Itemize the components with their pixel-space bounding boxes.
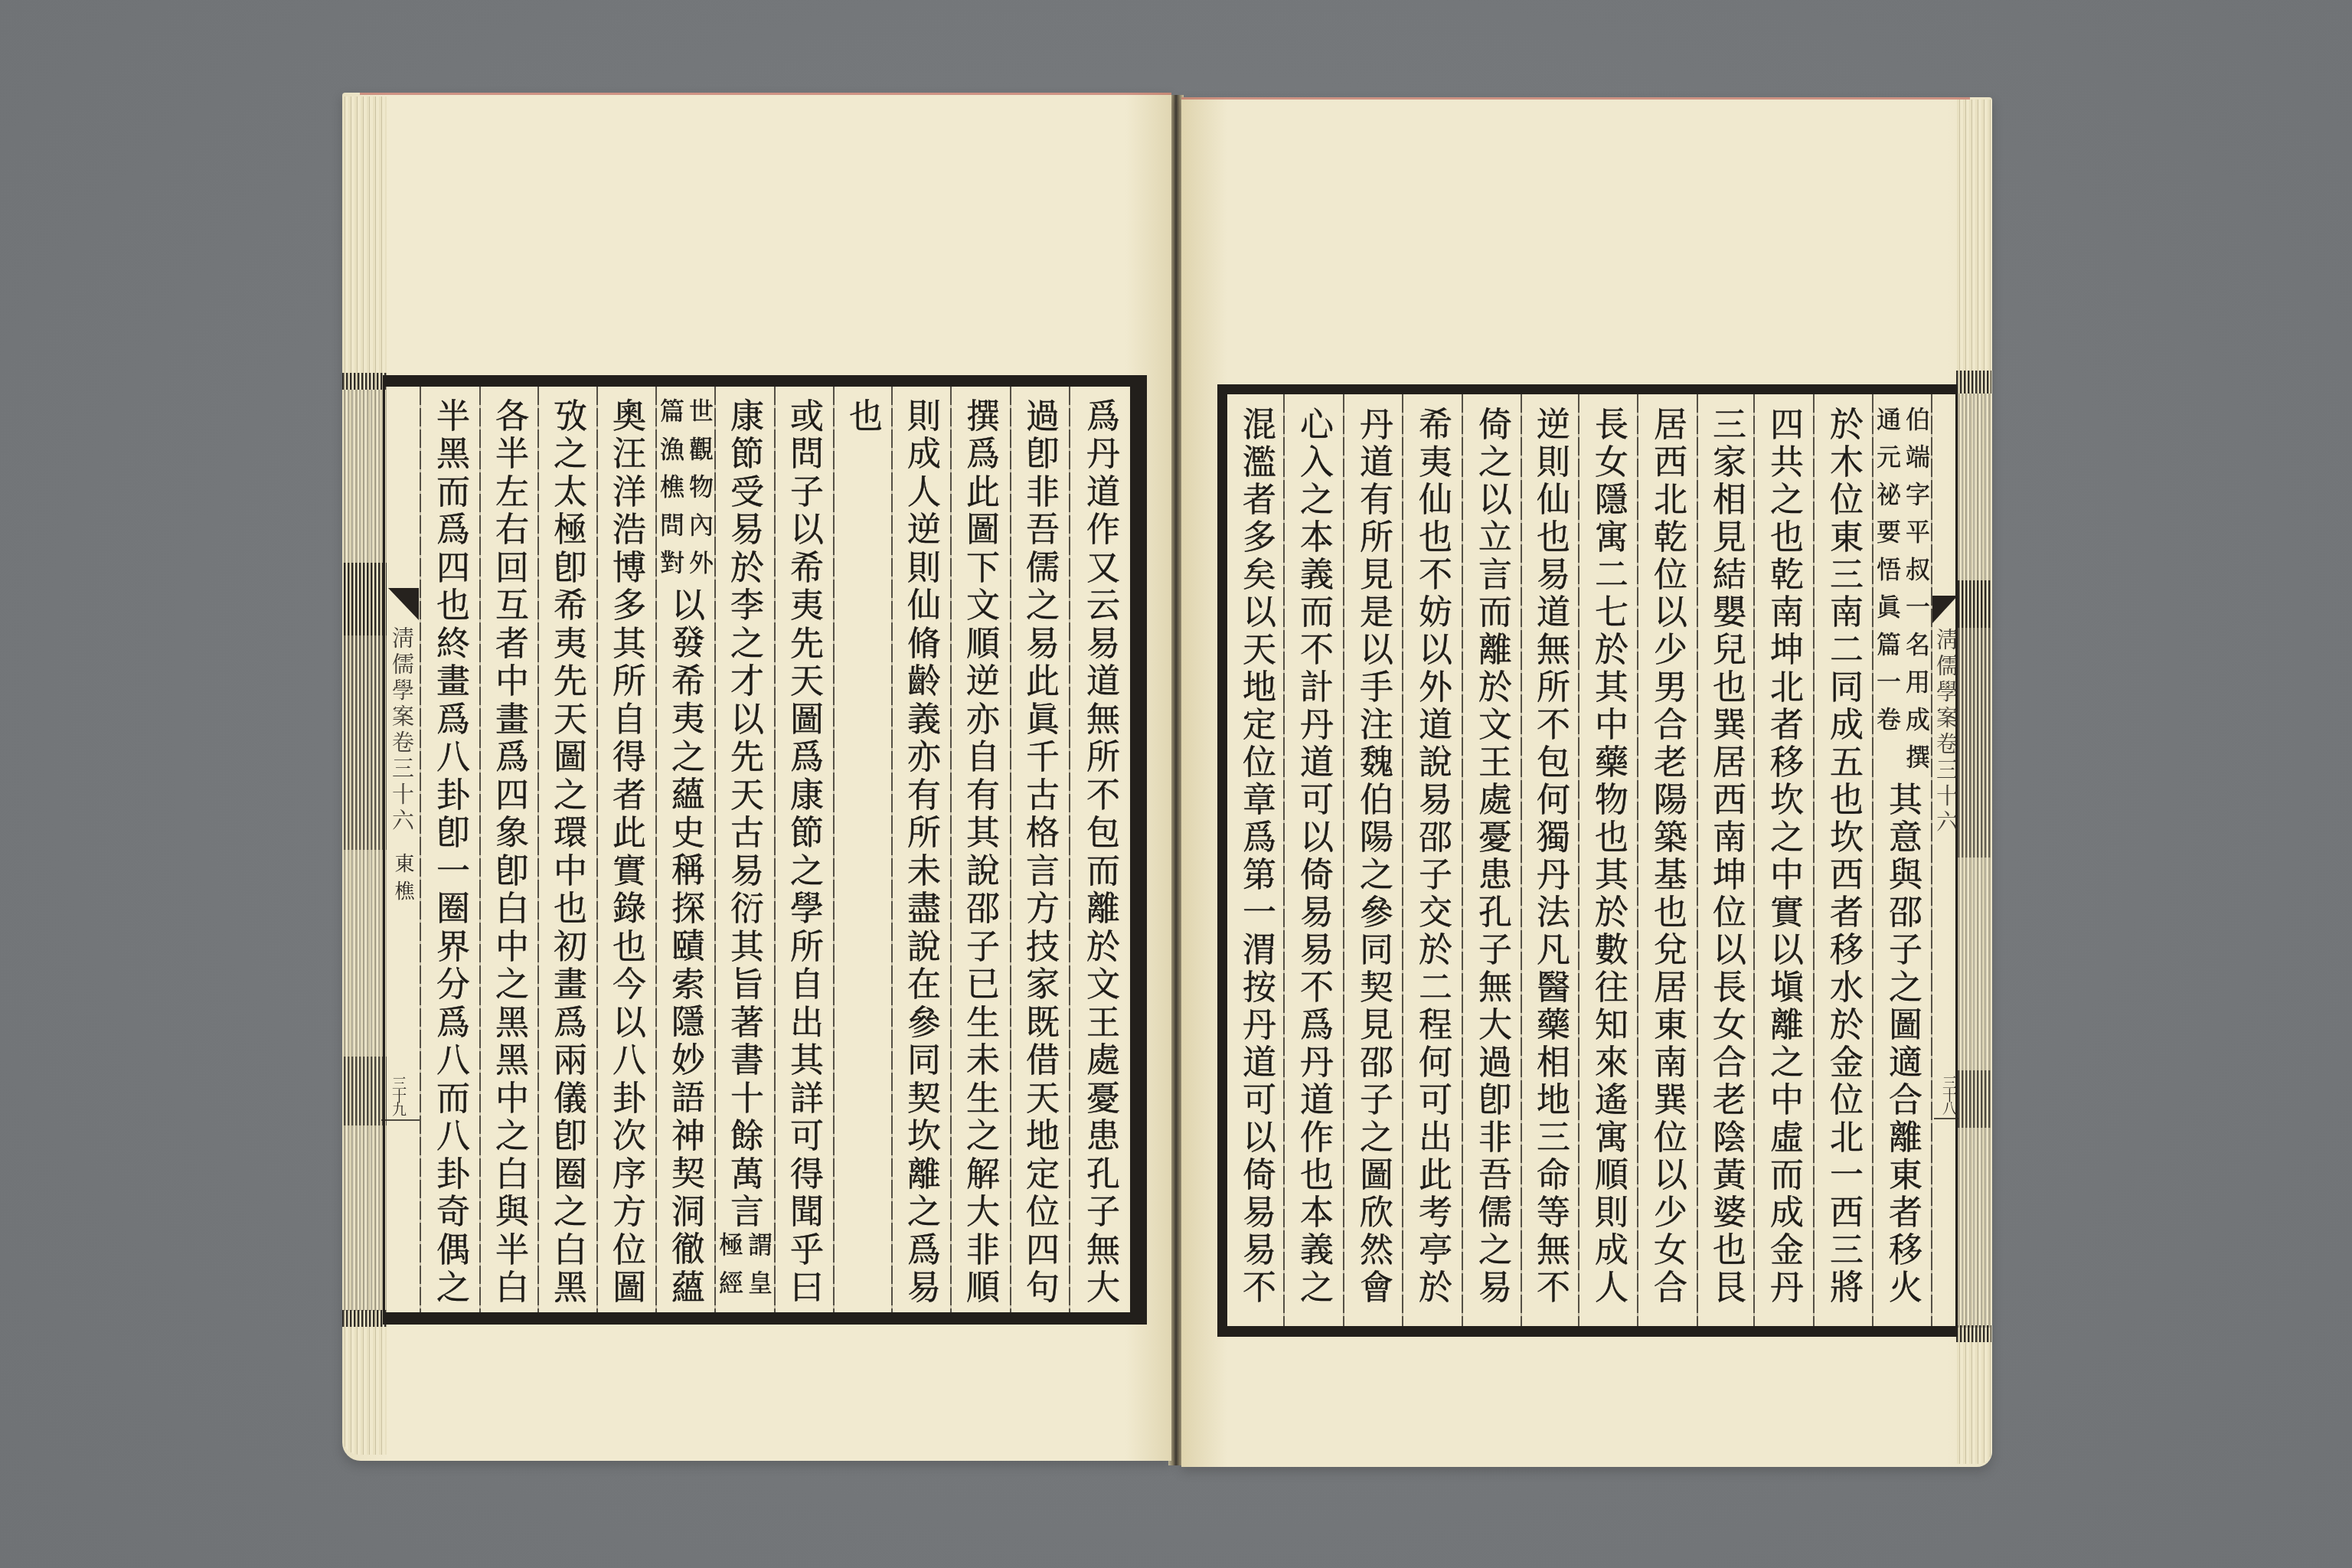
text-column: 世觀物內外 篇漁樵問對 以發希夷之蘊史稱探賾索隱妙語神契洞徹蘊 <box>655 398 714 1317</box>
margin-book-title: 淸儒學案卷三十六 <box>385 626 416 835</box>
note-right-line: 世觀物內外 <box>685 398 714 590</box>
column-text: 丹道有所見是以手注魏伯陽之參同契見邵子之圖欣然會 <box>1344 407 1402 1325</box>
margin-book-title: 淸儒學案卷三十六 <box>1932 628 1960 836</box>
note-left-line: 篇漁樵問對 <box>656 398 685 590</box>
text-column: 伯端字平叔一名用成撰 通元祕要悟眞篇一卷 其意與邵子之圖適合離東者移火 <box>1873 407 1931 1325</box>
red-top-edge <box>360 93 1171 95</box>
text-column: 倚之以立言而離於文王處憂患孔子無大過卽非吾儒之易 <box>1462 407 1521 1325</box>
ink-bleed <box>342 1310 388 1327</box>
text-column: 丹道有所見是以手注魏伯陽之參同契見邵子之圖欣然會 <box>1344 407 1402 1325</box>
note-right-line: 謂皇 <box>744 1232 773 1316</box>
text-column: 也 <box>833 398 892 1317</box>
text-column: 則成人逆則仙脩齡義亦有所未盡說在參同契坎離之爲易 <box>891 398 950 1317</box>
margin-page-number: 三十八 <box>1937 1075 1960 1114</box>
text-column: 康節受易於李之才以先天古易衍其旨著書十餘萬言 謂皇 極經 <box>714 398 773 1317</box>
text-column: 居西北乾位以少男合老陽築基也兌居東南巽位以少女合 <box>1638 407 1696 1325</box>
text-column: 或問子以希夷先天圖爲康節之學所自出其詳可得聞乎曰 <box>774 398 833 1317</box>
text-column: 逆則仙也易道無所不包何獨丹法凡醫藥相地三命等無不 <box>1521 407 1579 1325</box>
red-top-edge <box>1181 97 1970 100</box>
column-text: 希夷仙也不妨以外道說易邵子交於二程何可出此考亭於 <box>1403 407 1461 1325</box>
column-text: 其意與邵子之圖適合離東者移火 <box>1873 782 1931 1321</box>
note-left-line: 極經 <box>715 1232 744 1316</box>
ink-bleed <box>344 563 387 635</box>
column-text: 撰爲此圖下文順逆亦自有其說邵子已生未生之解大非順 <box>950 398 1009 1317</box>
text-column: 於木位東三南二同成五也坎西者移水於金位北一西三將 <box>1814 407 1872 1325</box>
margin-section-name: 東樵 <box>389 853 415 908</box>
margin-page-number: 三十九 <box>385 1076 410 1115</box>
column-text: 長女隱寓二七於其中藥物也其於數往知來遙寓順則成人 <box>1579 407 1637 1325</box>
text-column: 希夷仙也不妨以外道說易邵子交於二程何可出此考亭於 <box>1403 407 1461 1325</box>
column-text: 奧汪洋浩博多其所自得者此實錄也今以八卦次序方位圖 <box>596 398 655 1317</box>
text-column: 三家相見結嬰兒也巽居西南坤位以長女合老陰黃婆也艮 <box>1697 407 1755 1325</box>
note-left-line: 通元祕要悟眞篇一卷 <box>1873 407 1902 783</box>
text-column: 心入之本義而不計丹道可以倚易易不爲丹道作也本義之 <box>1284 407 1342 1325</box>
column-text: 也 <box>833 398 892 1317</box>
ink-bleed <box>1958 1070 1991 1128</box>
margin-rule <box>1934 1118 1958 1119</box>
text-column: 混濫者多矣以天地定位章爲第一渭按丹道可以倚易易不 <box>1227 407 1285 1325</box>
text-column: 過卽非吾儒之易此眞千古格言方技家既借天地定位四句 <box>1010 398 1069 1317</box>
interlinear-note: 伯端字平叔一名用成撰 通元祕要悟眞篇一卷 <box>1873 407 1931 783</box>
column-text: 三家相見結嬰兒也巽居西南坤位以長女合老陰黃婆也艮 <box>1697 407 1755 1325</box>
column-text: 半黑而爲四也終畫爲八卦卽一圈界分爲八而八卦奇偶之 <box>420 398 479 1317</box>
text-column: 奧汪洋浩博多其所自得者此實錄也今以八卦次序方位圖 <box>596 398 655 1317</box>
column-text: 以發希夷之蘊史稱探賾索隱妙語神契洞徹蘊 <box>655 587 714 1315</box>
ink-bleed <box>1956 371 1991 394</box>
text-column: 半黑而爲四也終畫爲八卦卽一圈界分爲八而八卦奇偶之 <box>420 398 479 1317</box>
ink-bleed <box>1958 580 1991 628</box>
ink-bleed <box>1958 394 1991 1328</box>
ink-bleed <box>344 1057 387 1125</box>
column-text: 康節受易於李之才以先天古易衍其旨著書十餘萬言 <box>714 398 773 1233</box>
column-text: 或問子以希夷先天圖爲康節之學所自出其詳可得聞乎曰 <box>774 398 833 1317</box>
interlinear-note: 世觀物內外 篇漁樵問對 <box>655 398 714 590</box>
ink-bleed <box>1958 628 1991 857</box>
column-text: 居西北乾位以少男合老陽築基也兌居東南巽位以少女合 <box>1638 407 1696 1325</box>
ink-bleed <box>1956 1325 1991 1342</box>
ink-bleed <box>344 635 387 850</box>
column-text: 攷之太極卽希夷先天圖之環中也初畫爲兩儀卽圈之白黑 <box>537 398 596 1317</box>
text-column: 攷之太極卽希夷先天圖之環中也初畫爲兩儀卽圈之白黑 <box>537 398 596 1317</box>
column-text: 各半左右回互者中畫爲四象卽白中之黑黑中之白與半白 <box>479 398 538 1317</box>
column-text: 四共之也乾南坤北者移坎之中實以塡離之中虛而成金丹 <box>1754 407 1812 1325</box>
text-column: 長女隱寓二七於其中藥物也其於數往知來遙寓順則成人 <box>1579 407 1637 1325</box>
column-text: 心入之本義而不計丹道可以倚易易不爲丹道作也本義之 <box>1284 407 1342 1325</box>
column-text: 倚之以立言而離於文王處憂患孔子無大過卽非吾儒之易 <box>1462 407 1521 1325</box>
book-photo: 淸儒學案卷三十六 東樵 三十九 爲丹道作又云易道無所不包而離於文王處憂患孔子無大… <box>0 0 2352 1568</box>
text-column: 各半左右回互者中畫爲四象卽白中之黑黑中之白與半白 <box>479 398 538 1317</box>
text-column: 撰爲此圖下文順逆亦自有其說邵子已生未生之解大非順 <box>950 398 1009 1317</box>
column-text: 則成人逆則仙脩齡義亦有所未盡說在參同契坎離之爲易 <box>891 398 950 1317</box>
margin-rule <box>381 1119 420 1121</box>
ink-bleed <box>342 373 388 390</box>
column-text: 爲丹道作又云易道無所不包而離於文王處憂患孔子無大 <box>1070 398 1129 1317</box>
note-right-line: 伯端字平叔一名用成撰 <box>1902 407 1931 783</box>
text-column: 爲丹道作又云易道無所不包而離於文王處憂患孔子無大 <box>1070 398 1129 1317</box>
ink-bleed <box>344 390 387 1311</box>
column-rule <box>1931 394 1932 1326</box>
text-column: 四共之也乾南坤北者移坎之中實以塡離之中虛而成金丹 <box>1754 407 1812 1325</box>
column-text: 逆則仙也易道無所不包何獨丹法凡醫藥相地三命等無不 <box>1521 407 1579 1325</box>
column-text: 過卽非吾儒之易此眞千古格言方技家既借天地定位四句 <box>1010 398 1069 1317</box>
column-text: 混濫者多矣以天地定位章爲第一渭按丹道可以倚易易不 <box>1227 407 1285 1325</box>
column-text: 於木位東三南二同成五也坎西者移水於金位北一西三將 <box>1814 407 1872 1325</box>
interlinear-note: 謂皇 極經 <box>714 1232 773 1316</box>
